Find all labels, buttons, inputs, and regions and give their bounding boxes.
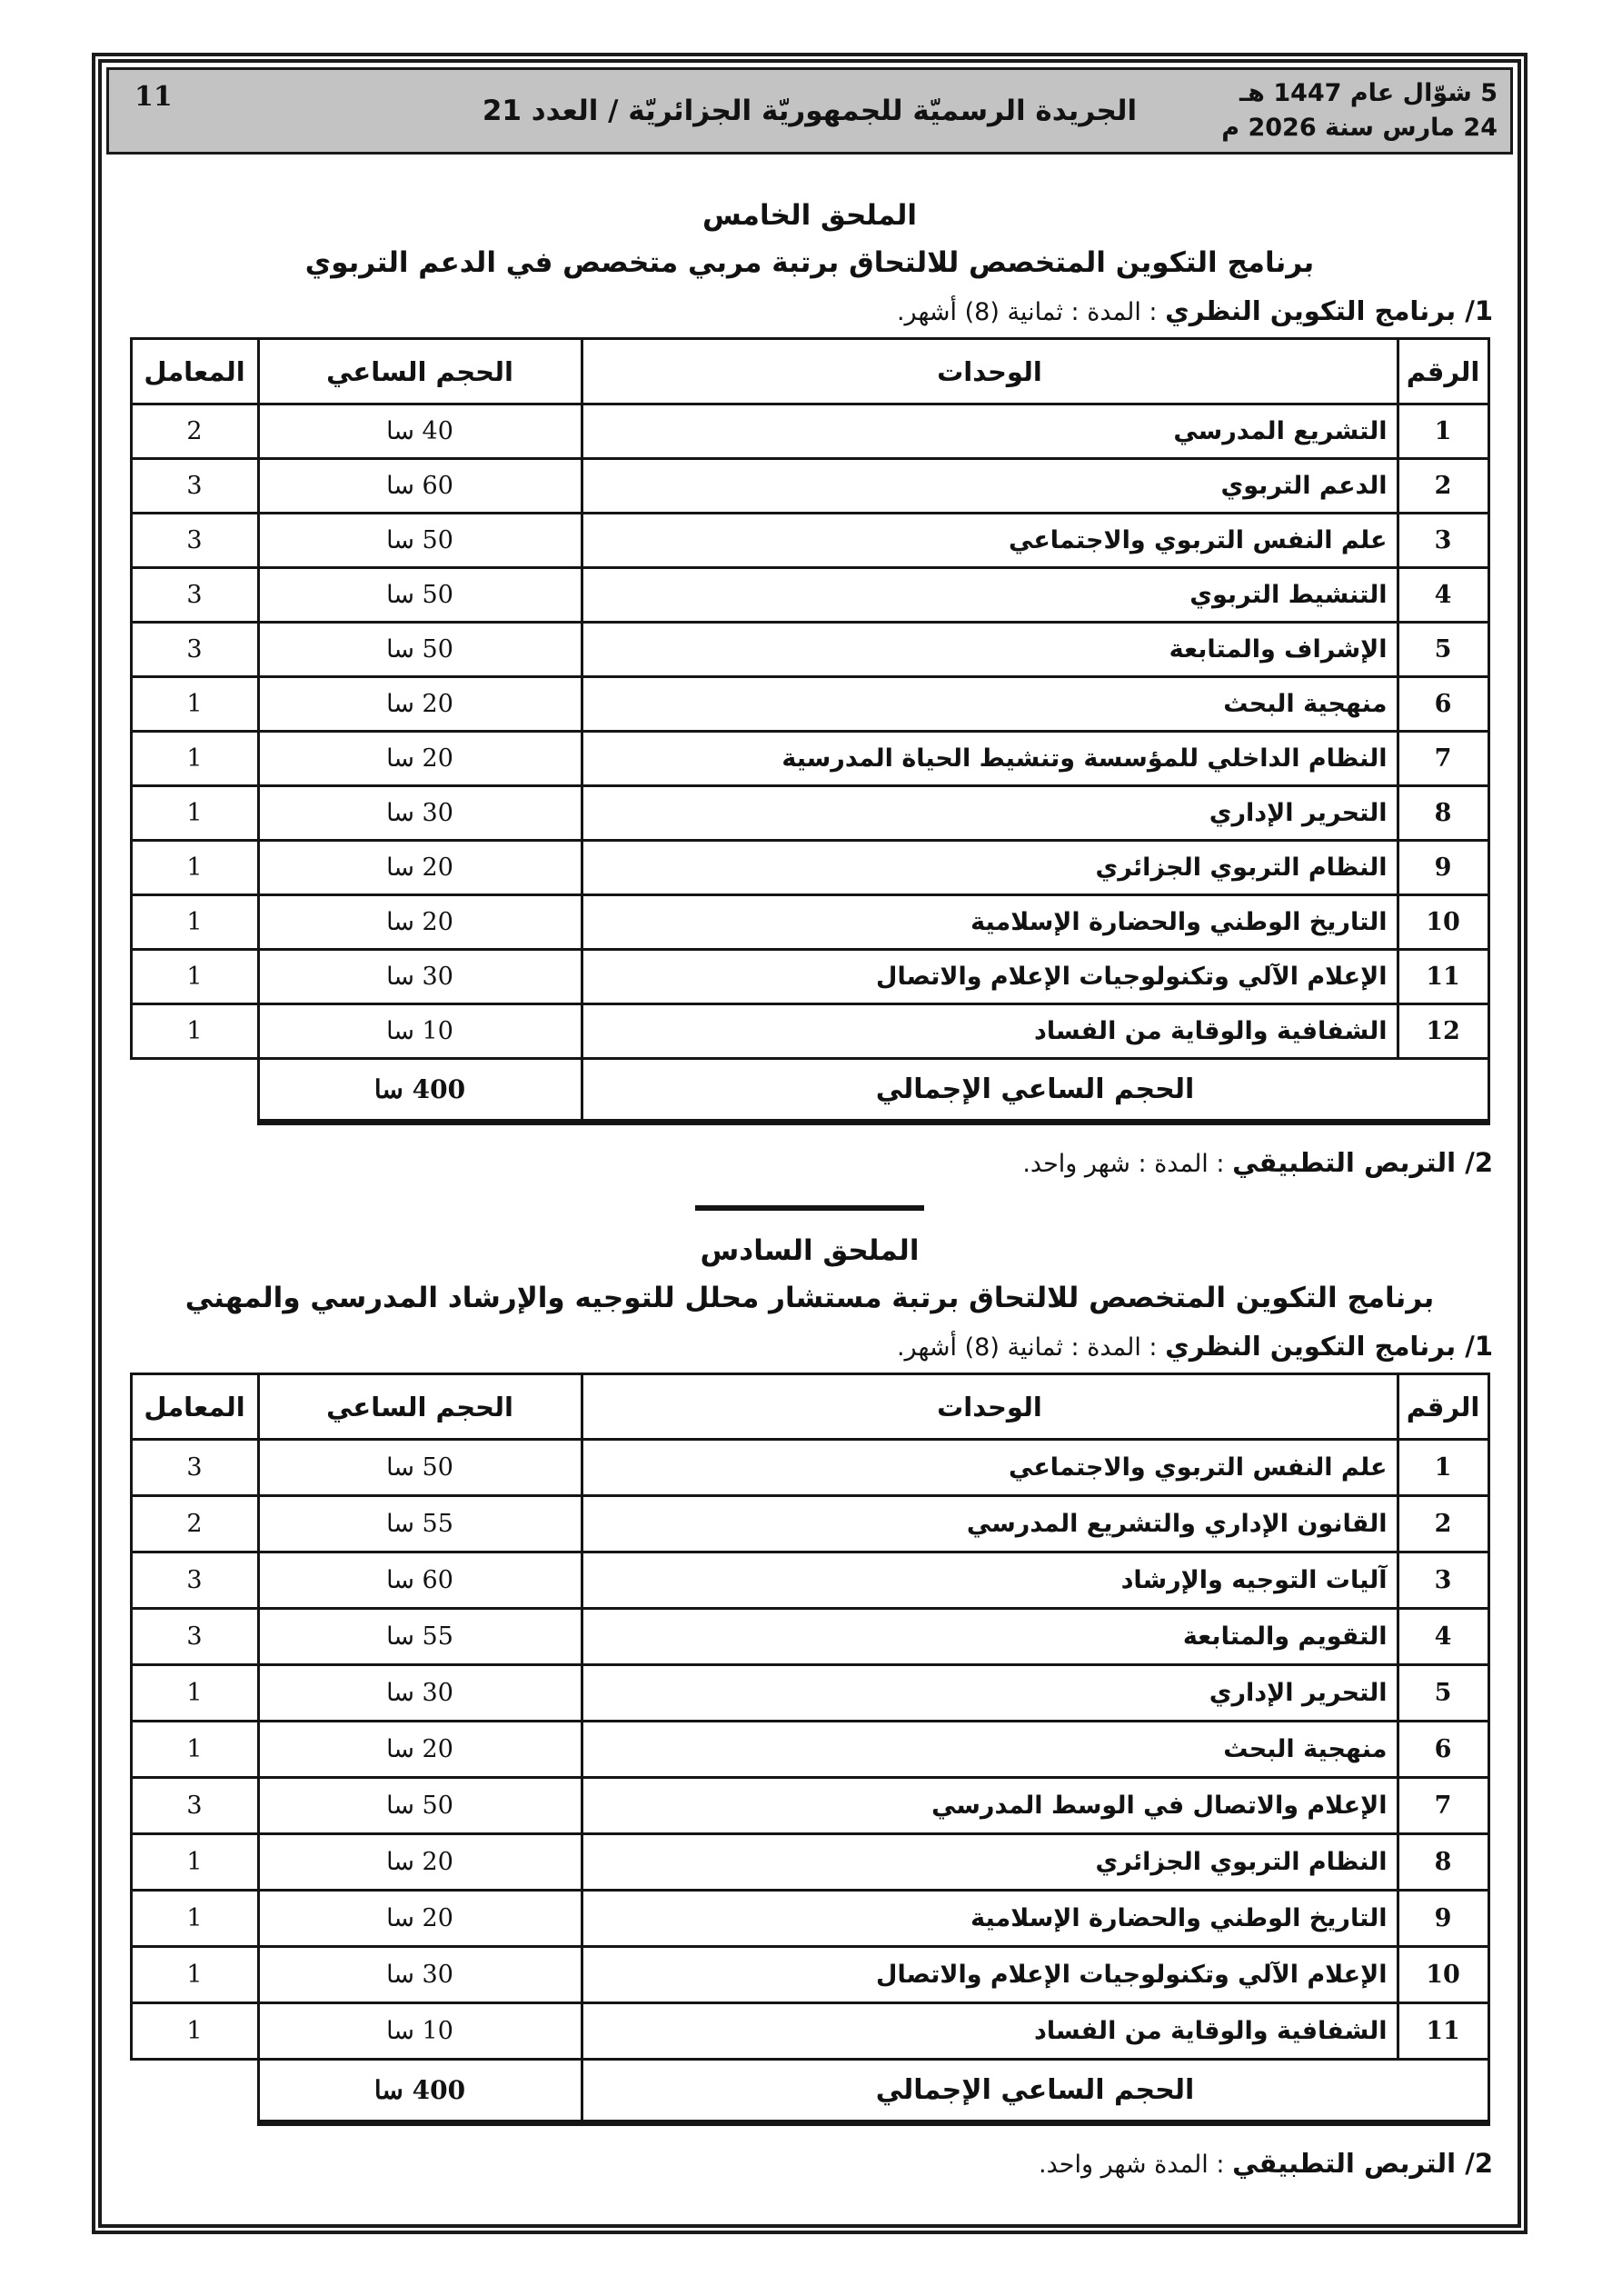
cell-hours: 50 سا: [258, 568, 582, 623]
table-row: 12الشفافية والوقاية من الفساد10 سا1: [131, 1004, 1488, 1059]
cell-coef: 1: [131, 1891, 258, 1947]
total-row: الحجم الساعي الإجمالي 400 سا: [131, 2060, 1488, 2123]
cell-hours: 50 سا: [258, 623, 582, 677]
total-blank-cell: [131, 2060, 258, 2123]
table-row: 10التاريخ الوطني والحضارة الإسلامية20 سا…: [131, 895, 1488, 950]
cell-num: 8: [1398, 786, 1488, 841]
theory-heading: 1/ برنامج التكوين النظري : المدة : ثماني…: [126, 295, 1493, 326]
cell-hours: 20 سا: [258, 1891, 582, 1947]
theory-heading-details: : المدة : ثمانية (8) أشهر.: [897, 298, 1165, 326]
column-header-hours: الحجم الساعي: [258, 339, 582, 404]
cell-unit: النظام التربوي الجزائري: [582, 1834, 1398, 1891]
cell-num: 4: [1398, 568, 1488, 623]
cell-num: 3: [1398, 514, 1488, 568]
total-label: الحجم الساعي الإجمالي: [582, 1059, 1488, 1123]
cell-num: 6: [1398, 677, 1488, 732]
cell-coef: 1: [131, 1004, 258, 1059]
cell-num: 10: [1398, 1947, 1488, 2003]
total-blank-cell: [131, 1059, 258, 1123]
practical-heading: 2/ التربص التطبيقي : المدة : شهر واحد.: [126, 1147, 1493, 1178]
cell-num: 4: [1398, 1609, 1488, 1665]
cell-hours: 20 سا: [258, 677, 582, 732]
cell-coef: 1: [131, 677, 258, 732]
page-frame: 5 شوّال عام 1447 هـ 24 مارس سنة 2026 م ا…: [92, 53, 1527, 2234]
annex-title: الملحق الخامس: [126, 199, 1493, 232]
cell-unit: آليات التوجيه والإرشاد: [582, 1552, 1398, 1609]
cell-hours: 20 سا: [258, 841, 582, 895]
cell-hours: 10 سا: [258, 2003, 582, 2060]
gregorian-date: 24 مارس سنة 2026 م: [1210, 111, 1498, 145]
cell-coef: 3: [131, 1778, 258, 1834]
table-row: 1علم النفس التربوي والاجتماعي50 سا3: [131, 1440, 1488, 1496]
cell-coef: 1: [131, 1834, 258, 1891]
cell-coef: 1: [131, 841, 258, 895]
practical-heading-label: 2/ التربص التطبيقي: [1232, 1147, 1493, 1178]
cell-hours: 30 سا: [258, 786, 582, 841]
cell-hours: 30 سا: [258, 950, 582, 1004]
cell-unit: القانون الإداري والتشريع المدرسي: [582, 1496, 1398, 1552]
theory-heading-label: 1/ برنامج التكوين النظري: [1165, 295, 1493, 326]
cell-num: 5: [1398, 623, 1488, 677]
cell-num: 9: [1398, 841, 1488, 895]
table-row: 6منهجية البحث20 سا1: [131, 1722, 1488, 1778]
cell-coef: 1: [131, 786, 258, 841]
table-row: 11الشفافية والوقاية من الفساد10 سا1: [131, 2003, 1488, 2060]
cell-unit: التنشيط التربوي: [582, 568, 1398, 623]
cell-coef: 1: [131, 950, 258, 1004]
cell-coef: 1: [131, 1665, 258, 1722]
cell-unit: التقويم والمتابعة: [582, 1609, 1398, 1665]
table-row: 3علم النفس التربوي والاجتماعي50 سا3: [131, 514, 1488, 568]
annex-six-section: الملحق السادس برنامج التكوين المتخصص للا…: [126, 1234, 1493, 2179]
cell-coef: 3: [131, 623, 258, 677]
cell-num: 5: [1398, 1665, 1488, 1722]
cell-coef: 1: [131, 1722, 258, 1778]
cell-num: 7: [1398, 732, 1488, 786]
table-header-row: الرقم الوحدات الحجم الساعي المعامل: [131, 1374, 1488, 1440]
column-header-hours: الحجم الساعي: [258, 1374, 582, 1440]
cell-hours: 50 سا: [258, 1440, 582, 1496]
cell-coef: 2: [131, 1496, 258, 1552]
practical-heading: 2/ التربص التطبيقي : المدة شهر واحد.: [126, 2148, 1493, 2179]
cell-hours: 20 سا: [258, 732, 582, 786]
cell-unit: الإعلام الآلي وتكنولوجيات الإعلام والاتص…: [582, 1947, 1398, 2003]
program-title: برنامج التكوين المتخصص للالتحاق برتبة مس…: [126, 1282, 1493, 1314]
cell-unit: الإعلام والاتصال في الوسط المدرسي: [582, 1778, 1398, 1834]
table-row: 10الإعلام الآلي وتكنولوجيات الإعلام والا…: [131, 1947, 1488, 2003]
cell-coef: 3: [131, 459, 258, 514]
column-header-units: الوحدات: [582, 1374, 1398, 1440]
cell-coef: 1: [131, 2003, 258, 2060]
journal-title: الجريدة الرسميّة للجمهوريّة الجزائريّة /…: [409, 95, 1210, 127]
table-header-row: الرقم الوحدات الحجم الساعي المعامل: [131, 339, 1488, 404]
cell-num: 10: [1398, 895, 1488, 950]
practical-heading-details: : المدة شهر واحد.: [1039, 2151, 1232, 2179]
annex-five-section: الملحق الخامس برنامج التكوين المتخصص للا…: [126, 199, 1493, 1178]
cell-num: 12: [1398, 1004, 1488, 1059]
cell-unit: التحرير الإداري: [582, 1665, 1398, 1722]
practical-heading-label: 2/ التربص التطبيقي: [1232, 2148, 1493, 2179]
table-row: 7الإعلام والاتصال في الوسط المدرسي50 سا3: [131, 1778, 1488, 1834]
cell-hours: 40 سا: [258, 404, 582, 459]
cell-unit: منهجية البحث: [582, 677, 1398, 732]
theory-heading: 1/ برنامج التكوين النظري : المدة : ثماني…: [126, 1331, 1493, 1362]
cell-unit: الإشراف والمتابعة: [582, 623, 1398, 677]
table-row: 5التحرير الإداري30 سا1: [131, 1665, 1488, 1722]
cell-hours: 55 سا: [258, 1496, 582, 1552]
cell-unit: علم النفس التربوي والاجتماعي: [582, 1440, 1398, 1496]
cell-unit: التاريخ الوطني والحضارة الإسلامية: [582, 1891, 1398, 1947]
theory-heading-label: 1/ برنامج التكوين النظري: [1165, 1331, 1493, 1362]
total-hours: 400 سا: [258, 1059, 582, 1123]
page-frame-inner: 5 شوّال عام 1447 هـ 24 مارس سنة 2026 م ا…: [98, 59, 1521, 2228]
cell-coef: 1: [131, 895, 258, 950]
cell-num: 3: [1398, 1552, 1488, 1609]
cell-hours: 50 سا: [258, 514, 582, 568]
cell-coef: 1: [131, 1947, 258, 2003]
cell-unit: التحرير الإداري: [582, 786, 1398, 841]
page-content: الملحق الخامس برنامج التكوين المتخصص للا…: [102, 159, 1518, 2179]
hijri-date: 5 شوّال عام 1447 هـ: [1210, 76, 1498, 111]
cell-num: 1: [1398, 404, 1488, 459]
annex-title: الملحق السادس: [126, 1234, 1493, 1267]
cell-hours: 20 سا: [258, 1834, 582, 1891]
cell-hours: 60 سا: [258, 1552, 582, 1609]
column-header-num: الرقم: [1398, 339, 1488, 404]
table-row: 9النظام التربوي الجزائري20 سا1: [131, 841, 1488, 895]
table-row: 9التاريخ الوطني والحضارة الإسلامية20 سا1: [131, 1891, 1488, 1947]
column-header-coef: المعامل: [131, 339, 258, 404]
cell-coef: 3: [131, 568, 258, 623]
cell-coef: 2: [131, 404, 258, 459]
cell-num: 6: [1398, 1722, 1488, 1778]
theory-program-table: الرقم الوحدات الحجم الساعي المعامل 1التش…: [130, 337, 1490, 1125]
cell-hours: 20 سا: [258, 895, 582, 950]
cell-num: 1: [1398, 1440, 1488, 1496]
cell-unit: النظام التربوي الجزائري: [582, 841, 1398, 895]
total-label: الحجم الساعي الإجمالي: [582, 2060, 1488, 2123]
cell-hours: 20 سا: [258, 1722, 582, 1778]
cell-hours: 30 سا: [258, 1947, 582, 2003]
total-row: الحجم الساعي الإجمالي 400 سا: [131, 1059, 1488, 1123]
masthead-dates: 5 شوّال عام 1447 هـ 24 مارس سنة 2026 م: [1210, 76, 1510, 145]
table-row: 4التقويم والمتابعة55 سا3: [131, 1609, 1488, 1665]
cell-num: 2: [1398, 459, 1488, 514]
cell-unit: منهجية البحث: [582, 1722, 1398, 1778]
cell-hours: 60 سا: [258, 459, 582, 514]
cell-unit: الدعم التربوي: [582, 459, 1398, 514]
cell-hours: 30 سا: [258, 1665, 582, 1722]
column-header-units: الوحدات: [582, 339, 1398, 404]
table-row: 4التنشيط التربوي50 سا3: [131, 568, 1488, 623]
cell-num: 2: [1398, 1496, 1488, 1552]
cell-coef: 3: [131, 1440, 258, 1496]
table-row: 2الدعم التربوي60 سا3: [131, 459, 1488, 514]
table-row: 8النظام التربوي الجزائري20 سا1: [131, 1834, 1488, 1891]
masthead: 5 شوّال عام 1447 هـ 24 مارس سنة 2026 م ا…: [106, 67, 1513, 155]
cell-num: 9: [1398, 1891, 1488, 1947]
table-row: 1التشريع المدرسي40 سا2: [131, 404, 1488, 459]
theory-program-table: الرقم الوحدات الحجم الساعي المعامل 1علم …: [130, 1373, 1490, 2126]
cell-unit: النظام الداخلي للمؤسسة وتنشيط الحياة الم…: [582, 732, 1398, 786]
table-row: 6منهجية البحث20 سا1: [131, 677, 1488, 732]
cell-unit: التشريع المدرسي: [582, 404, 1398, 459]
cell-coef: 1: [131, 732, 258, 786]
cell-num: 11: [1398, 2003, 1488, 2060]
theory-heading-details: : المدة : ثمانية (8) أشهر.: [897, 1333, 1165, 1362]
cell-coef: 3: [131, 1609, 258, 1665]
section-divider: [695, 1205, 924, 1211]
cell-hours: 55 سا: [258, 1609, 582, 1665]
cell-unit: الشفافية والوقاية من الفساد: [582, 2003, 1398, 2060]
cell-num: 11: [1398, 950, 1488, 1004]
table-row: 11الإعلام الآلي وتكنولوجيات الإعلام والا…: [131, 950, 1488, 1004]
column-header-coef: المعامل: [131, 1374, 258, 1440]
cell-hours: 50 سا: [258, 1778, 582, 1834]
table-row: 7النظام الداخلي للمؤسسة وتنشيط الحياة ال…: [131, 732, 1488, 786]
table-row: 5الإشراف والمتابعة50 سا3: [131, 623, 1488, 677]
cell-coef: 3: [131, 514, 258, 568]
cell-num: 8: [1398, 1834, 1488, 1891]
total-hours: 400 سا: [258, 2060, 582, 2123]
cell-hours: 10 سا: [258, 1004, 582, 1059]
page-number: 11: [109, 70, 409, 113]
table-row: 8التحرير الإداري30 سا1: [131, 786, 1488, 841]
practical-heading-details: : المدة : شهر واحد.: [1022, 1150, 1232, 1178]
table-row: 3آليات التوجيه والإرشاد60 سا3: [131, 1552, 1488, 1609]
program-title: برنامج التكوين المتخصص للالتحاق برتبة مر…: [126, 246, 1493, 279]
cell-unit: علم النفس التربوي والاجتماعي: [582, 514, 1398, 568]
cell-unit: التاريخ الوطني والحضارة الإسلامية: [582, 895, 1398, 950]
table-row: 2القانون الإداري والتشريع المدرسي55 سا2: [131, 1496, 1488, 1552]
column-header-num: الرقم: [1398, 1374, 1488, 1440]
cell-unit: الإعلام الآلي وتكنولوجيات الإعلام والاتص…: [582, 950, 1398, 1004]
cell-unit: الشفافية والوقاية من الفساد: [582, 1004, 1398, 1059]
cell-num: 7: [1398, 1778, 1488, 1834]
cell-coef: 3: [131, 1552, 258, 1609]
